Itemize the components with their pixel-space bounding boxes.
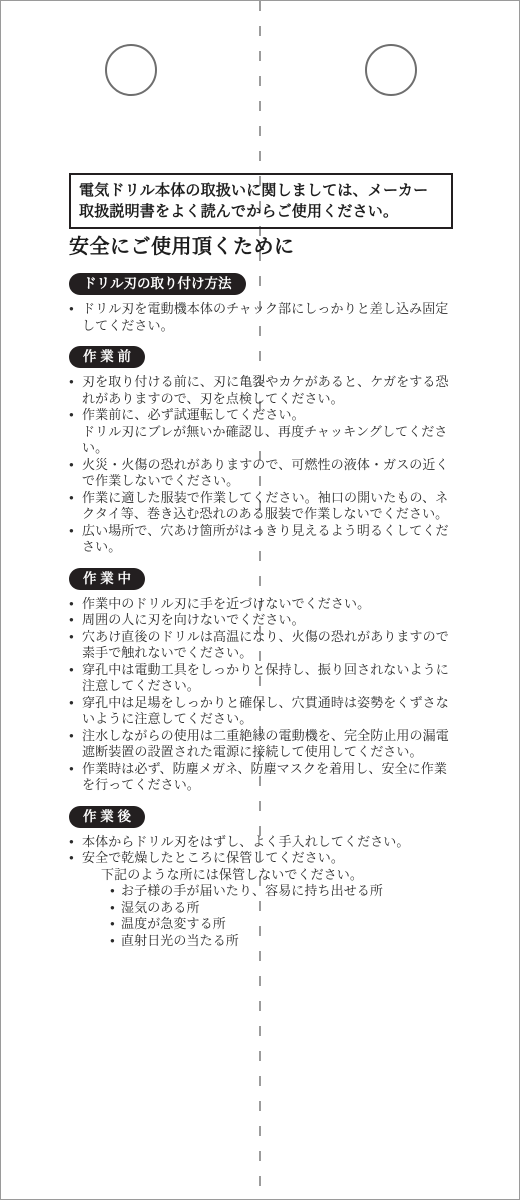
list-item: 穿孔中は足場をしっかりと確保し、穴貫通時は姿勢をくずさないように注意してください… bbox=[69, 695, 453, 728]
manufacturer-notice-box: 電気ドリル本体の取扱いに関しましては、メーカー取扱説明書をよく読んでからご使用く… bbox=[69, 173, 453, 229]
storage-warning-note: 下記のような所には保管しないでください。 bbox=[101, 867, 453, 884]
hang-hole-right bbox=[365, 44, 417, 96]
list-item: 湿気のある所 bbox=[110, 900, 453, 917]
section-after-work: 作 業 後 本体からドリル刃をはずし、よく手入れしてください。 安全で乾燥したと… bbox=[69, 806, 453, 950]
section-badge-during-work: 作 業 中 bbox=[69, 568, 145, 590]
list-item: お子様の手が届いたり、容易に持ち出せる所 bbox=[110, 883, 453, 900]
instruction-list-during-work: 作業中のドリル刃に手を近づけないでください。 周囲の人に刃を向けないでください。… bbox=[69, 596, 453, 794]
list-item: 安全で乾燥したところに保管してください。 bbox=[69, 850, 453, 867]
list-item: ドリル刃を電動機本体のチャック部にしっかりと差し込み固定してください。 bbox=[69, 301, 453, 334]
list-item: 火災・火傷の恐れがありますので、可燃性の液体・ガスの近くで作業しないでください。 bbox=[69, 457, 453, 490]
list-item: 作業に適した服装で作業してください。袖口の開いたもの、ネクタイ等、巻き込む恐れの… bbox=[69, 490, 453, 523]
list-item: 刃を取り付ける前に、刃に亀裂やカケがあると、ケガをする恐れがありますので、刃を点… bbox=[69, 374, 453, 407]
list-item: 広い場所で、穴あけ箇所がはっきり見えるよう明るくしてください。 bbox=[69, 523, 453, 556]
section-drill-bit-attachment: ドリル刃の取り付け方法 ドリル刃を電動機本体のチャック部にしっかりと差し込み固定… bbox=[69, 273, 453, 334]
hang-hole-left bbox=[105, 44, 157, 96]
section-badge-before-work: 作 業 前 bbox=[69, 346, 145, 368]
section-during-work: 作 業 中 作業中のドリル刃に手を近づけないでください。 周囲の人に刃を向けない… bbox=[69, 568, 453, 794]
list-item: 周囲の人に刃を向けないでください。 bbox=[69, 612, 453, 629]
storage-places-list: お子様の手が届いたり、容易に持ち出せる所 湿気のある所 温度が急変する所 直射日… bbox=[110, 883, 453, 949]
list-item: 温度が急変する所 bbox=[110, 916, 453, 933]
list-item: 穴あけ直後のドリルは高温になり、火傷の恐れがありますので素手で触れないでください… bbox=[69, 629, 453, 662]
list-item: 本体からドリル刃をはずし、よく手入れしてください。 bbox=[69, 834, 453, 851]
instruction-sheet: 電気ドリル本体の取扱いに関しましては、メーカー取扱説明書をよく読んでからご使用く… bbox=[0, 0, 520, 1200]
list-item: 作業中のドリル刃に手を近づけないでください。 bbox=[69, 596, 453, 613]
list-item: 作業時は必ず、防塵メガネ、防塵マスクを着用し、安全に作業を行ってください。 bbox=[69, 761, 453, 794]
instruction-list-before-work: 刃を取り付ける前に、刃に亀裂やカケがあると、ケガをする恐れがありますので、刃を点… bbox=[69, 374, 453, 556]
list-item: 注水しながらの使用は二重絶縁の電動機を、完全防止用の漏電遮断装置の設置された電源… bbox=[69, 728, 453, 761]
manufacturer-notice-text: 電気ドリル本体の取扱いに関しましては、メーカー取扱説明書をよく読んでからご使用く… bbox=[79, 182, 428, 220]
list-item: 穿孔中は電動工具をしっかりと保持し、振り回されないように注意してください。 bbox=[69, 662, 453, 695]
section-badge-attachment: ドリル刃の取り付け方法 bbox=[69, 273, 246, 295]
content-column: 電気ドリル本体の取扱いに関しましては、メーカー取扱説明書をよく読んでからご使用く… bbox=[69, 173, 453, 949]
list-item: 作業前に、必ず試運転してください。 ドリル刃にブレが無いか確認し、再度チャッキン… bbox=[69, 407, 453, 457]
page-title: 安全にご使用頂くために bbox=[69, 234, 453, 261]
instruction-list-attachment: ドリル刃を電動機本体のチャック部にしっかりと差し込み固定してください。 bbox=[69, 301, 453, 334]
section-before-work: 作 業 前 刃を取り付ける前に、刃に亀裂やカケがあると、ケガをする恐れがあります… bbox=[69, 346, 453, 556]
section-badge-after-work: 作 業 後 bbox=[69, 806, 145, 828]
instruction-list-after-work: 本体からドリル刃をはずし、よく手入れしてください。 安全で乾燥したところに保管し… bbox=[69, 834, 453, 867]
list-item: 直射日光の当たる所 bbox=[110, 933, 453, 950]
